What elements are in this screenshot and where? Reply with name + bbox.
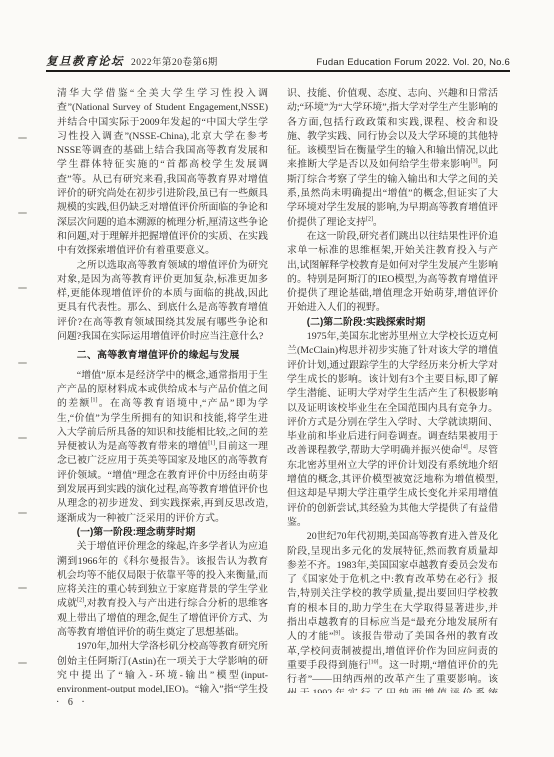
journal-page: 复旦教育论坛2022年第20卷第6期 Fudan Education Forum…: [0, 0, 554, 757]
scan-artifact-mark: [18, 287, 27, 289]
right-column: 识、技能、价值观、态度、志向、兴趣和日常活动;“环境”为“大学环境”,指大学对学…: [287, 87, 498, 693]
scan-artifact-mark: [18, 137, 27, 139]
paragraph: 1975年,美国东北密苏里州立大学校长迈克柯兰(McClain)构思并初步实施了…: [287, 330, 498, 530]
subsection-heading: (二)第二阶段:实践探索时期: [287, 316, 498, 330]
section-heading: 二、高等教育增值评价的缘起与发展: [57, 349, 268, 363]
paragraph: 20世纪70年代初期,美国高等教育进入普及化阶段,呈现出多元化的发展特征,然而教…: [287, 530, 498, 693]
paragraph: “增值”原本是经济学中的概念,通常指用于生产产品的原材料成本或供给成本与产品价值…: [57, 369, 268, 526]
subsection-heading: (一)第一阶段:理念萌芽时期: [57, 526, 268, 540]
article-body: 清华大学借鉴“全美大学生学习性投入调查”(National Survey of …: [57, 87, 498, 693]
paragraph: 1970年,加州大学洛杉矶分校高等教育研究所创始主任阿斯汀(Astin)在一项关…: [57, 640, 268, 693]
paragraph: 识、技能、价值观、态度、志向、兴趣和日常活动;“环境”为“大学环境”,指大学对学…: [287, 87, 498, 230]
page-number: · 6 ·: [56, 697, 88, 708]
scan-artifact-mark: [18, 662, 27, 664]
journal-issue-info: 2022年第20卷第6期: [131, 58, 218, 68]
journal-title-en: Fudan Education Forum 2022. Vol. 20, No.…: [316, 57, 510, 68]
paragraph: 在这一阶段,研究者们跳出以往结果性评价追求单一标准的思维框架,开始关注教育投入与…: [287, 230, 498, 316]
scan-artifact-mark: [18, 437, 27, 439]
scan-artifact-mark: [18, 212, 27, 214]
paragraph: 之所以选取高等教育领域的增值评价为研究对象,是因为高等教育评价更加复杂,标准更加…: [57, 259, 268, 345]
header-left-group: 复旦教育论坛2022年第20卷第6期: [46, 52, 218, 70]
header-divider: [46, 70, 510, 72]
paragraph: 清华大学借鉴“全美大学生学习性投入调查”(National Survey of …: [57, 87, 268, 259]
journal-title-cn: 复旦教育论坛: [46, 56, 124, 68]
left-column: 清华大学借鉴“全美大学生学习性投入调查”(National Survey of …: [57, 87, 268, 693]
page-header: 复旦教育论坛2022年第20卷第6期 Fudan Education Forum…: [46, 52, 510, 70]
scan-artifact-mark: [18, 362, 27, 364]
paragraph: 关于增值评价理念的缘起,许多学者认为应追溯到1966年的《科尔曼报告》。该报告认…: [57, 540, 268, 640]
scan-artifact-mark: [18, 512, 27, 514]
scan-artifact-mark: [18, 587, 27, 589]
